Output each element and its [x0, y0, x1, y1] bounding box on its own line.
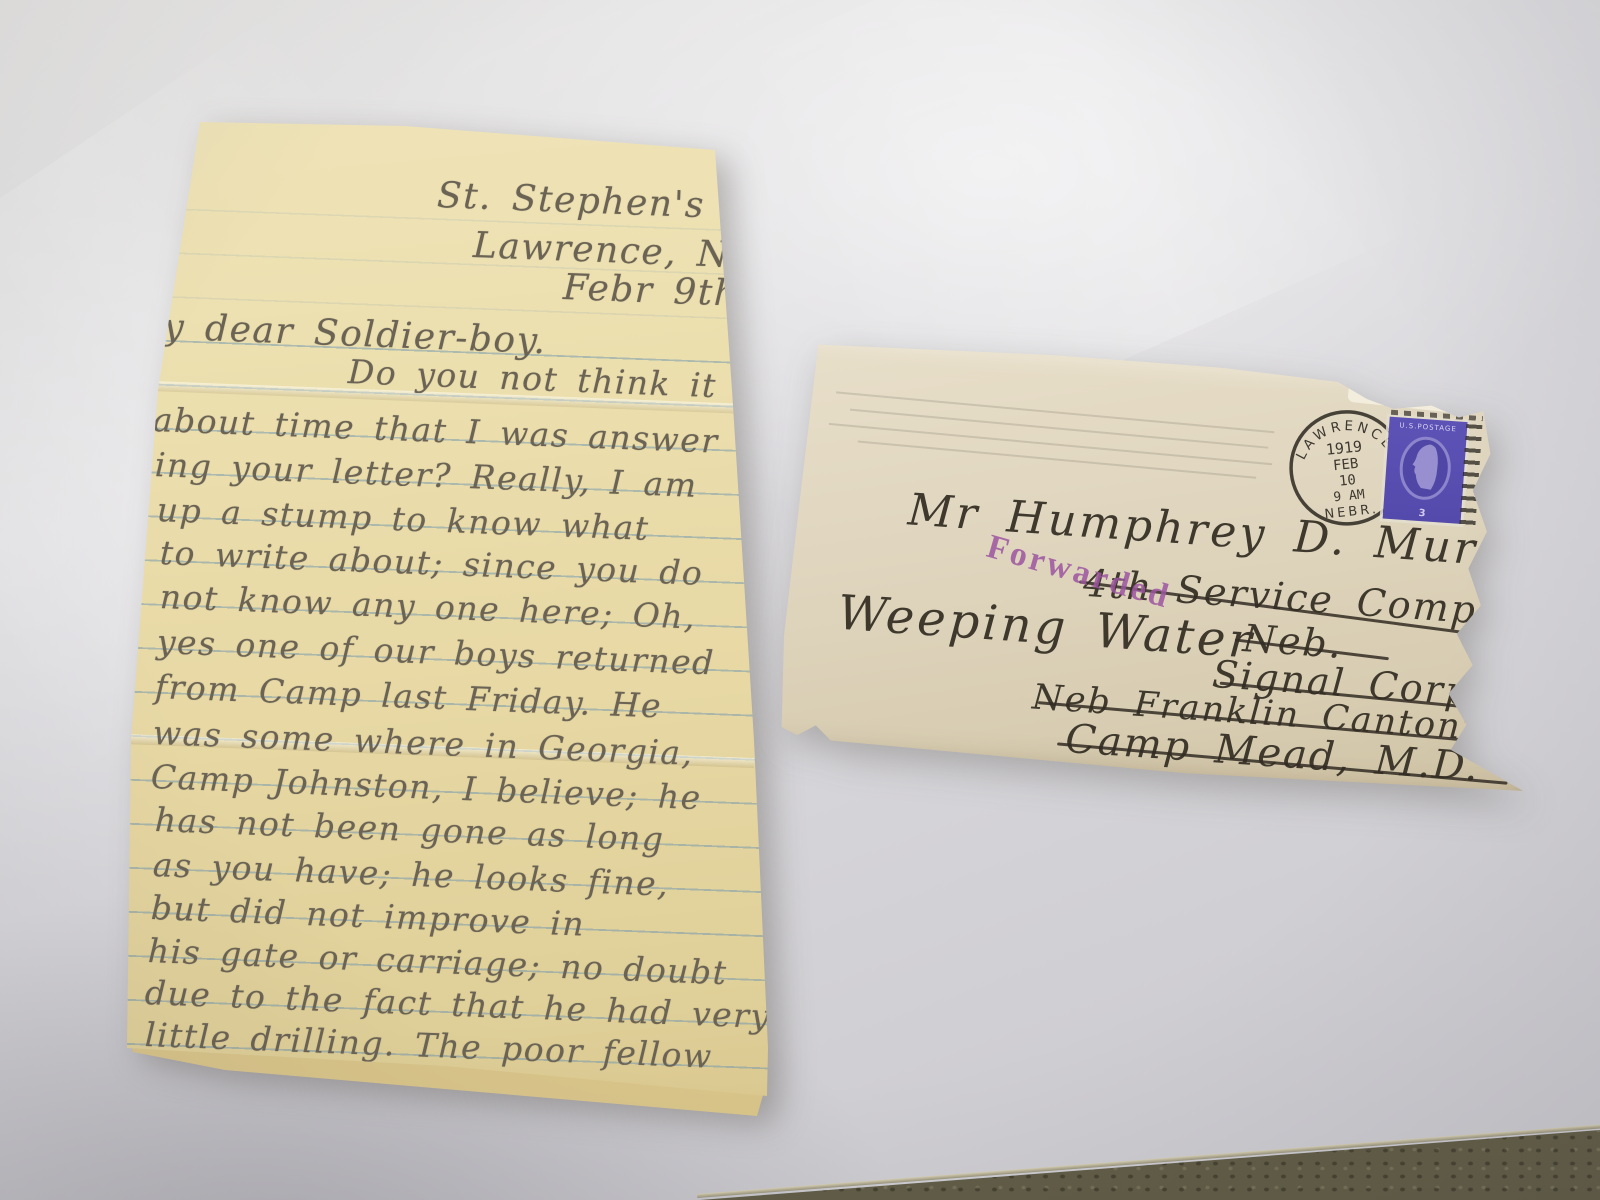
washington-portrait — [1392, 430, 1459, 506]
cancel-mark — [850, 409, 1268, 449]
envelope-front: LAWRENCE 1919 FEB 10 9 AM NEBR. U.S.POST… — [766, 335, 1555, 805]
letter-salutation: My dear Soldier-boy. — [124, 308, 547, 360]
handwritten-letter: St. Stephen's School, Lawrence, Nebr. Fe… — [105, 108, 805, 1128]
letter-page: St. Stephen's School, Lawrence, Nebr. Fe… — [105, 108, 805, 1128]
letter-body-line: from Camp last Friday. He — [154, 670, 662, 722]
postmark-month: FEB — [1332, 456, 1359, 475]
photo-scene: St. Stephen's School, Lawrence, Nebr. Fe… — [0, 0, 1600, 1200]
postmark-day: 10 — [1338, 472, 1356, 490]
cancel-mark — [858, 440, 1257, 478]
postage-stamp: U.S.POSTAGE 3 — [1383, 417, 1468, 524]
envelope: LAWRENCE 1919 FEB 10 9 AM NEBR. U.S.POST… — [795, 335, 1585, 805]
